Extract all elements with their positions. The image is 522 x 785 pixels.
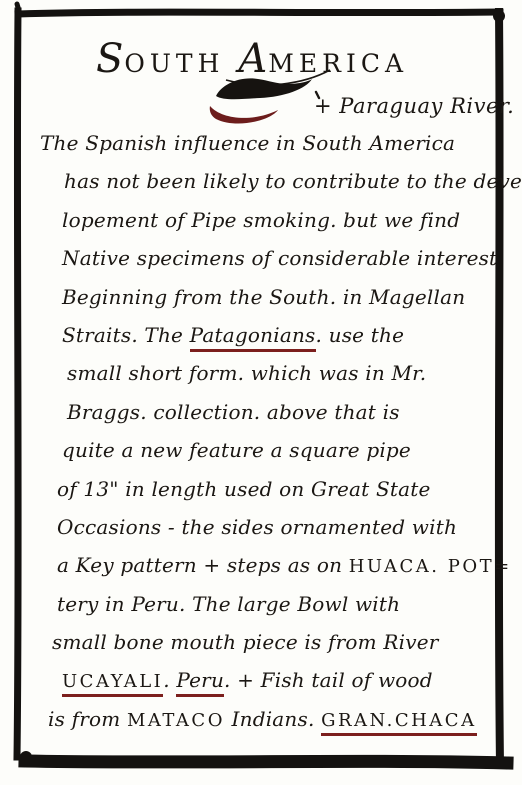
manuscript-line: has not been likely to contribute to the… <box>40 169 496 207</box>
manuscript-line: of 13" in length used on Great State <box>40 477 496 515</box>
text-segment: small short form. which was in Mr. <box>67 361 426 385</box>
manuscript-line: Braggs. collection. above that is <box>40 400 496 438</box>
text-segment: . use the <box>316 323 405 347</box>
text-segment: Straits. The <box>62 323 190 347</box>
text-segment: . + Fish tail of wood <box>224 668 433 692</box>
title-initial: S <box>96 36 124 82</box>
manuscript-line: tery in Peru. The large Bowl with <box>40 592 496 630</box>
underlined-text-segment: Patagonians <box>190 323 316 352</box>
text-segment: Braggs. collection. above that is <box>67 400 400 424</box>
text-segment: Indians. <box>225 707 321 731</box>
underlined-text-segment: Peru <box>176 668 224 697</box>
manuscript-line: is from MATACO Indians. GRAN.CHACA <box>40 707 496 745</box>
manuscript-line: Beginning from the South. in Magellan <box>40 285 496 323</box>
text-segment: lopement of Pipe smoking. but we find <box>62 208 460 232</box>
text-segment: MATACO <box>127 710 225 731</box>
body-lines: The Spanish influence in South Americaha… <box>40 131 496 745</box>
text-segment: Native specimens of considerable interes… <box>62 246 497 270</box>
text-segment: quite a new feature a square pipe <box>62 438 411 462</box>
underlined-text-segment: UCAYALI <box>62 671 163 697</box>
text-segment: . <box>163 668 176 692</box>
text-segment: of 13" in length used on Great State <box>57 477 430 501</box>
text-segment: tery in Peru. The large Bowl with <box>57 592 400 616</box>
manuscript-line: small short form. which was in Mr. <box>40 361 496 399</box>
manuscript-line: Native specimens of considerable interes… <box>40 246 496 284</box>
manuscript-line: a Key pattern + steps as on HUACA. POT= <box>40 553 496 591</box>
text-segment: is from <box>48 707 127 731</box>
manuscript-page: SOUTHAMERICA + Paraguay River. The Spani… <box>0 0 522 785</box>
text-segment: HUACA. POT= <box>349 556 512 577</box>
text-segment: a Key pattern + steps as on <box>57 553 349 577</box>
text-segment: Beginning from the South. in Magellan <box>62 285 465 309</box>
annotation-paraguay-river: + Paraguay River. <box>314 94 514 118</box>
manuscript-line: Occasions - the sides ornamented with <box>40 515 496 553</box>
manuscript-line: The Spanish influence in South America <box>40 131 496 169</box>
manuscript-line: small bone mouth piece is from River <box>40 630 496 668</box>
text-segment: Occasions - the sides ornamented with <box>57 515 457 539</box>
text-segment: The Spanish influence in South America <box>40 131 455 155</box>
manuscript-line: quite a new feature a square pipe <box>40 438 496 476</box>
text-segment: has not been likely to contribute to the… <box>64 169 522 193</box>
text-segment: small bone mouth piece is from River <box>52 630 439 654</box>
underlined-text-segment: GRAN.CHACA <box>321 710 477 736</box>
manuscript-line: Straits. The Patagonians. use the <box>40 323 496 361</box>
manuscript-line: lopement of Pipe smoking. but we find <box>40 208 496 246</box>
manuscript-line: UCAYALI. Peru. + Fish tail of wood <box>40 668 496 706</box>
